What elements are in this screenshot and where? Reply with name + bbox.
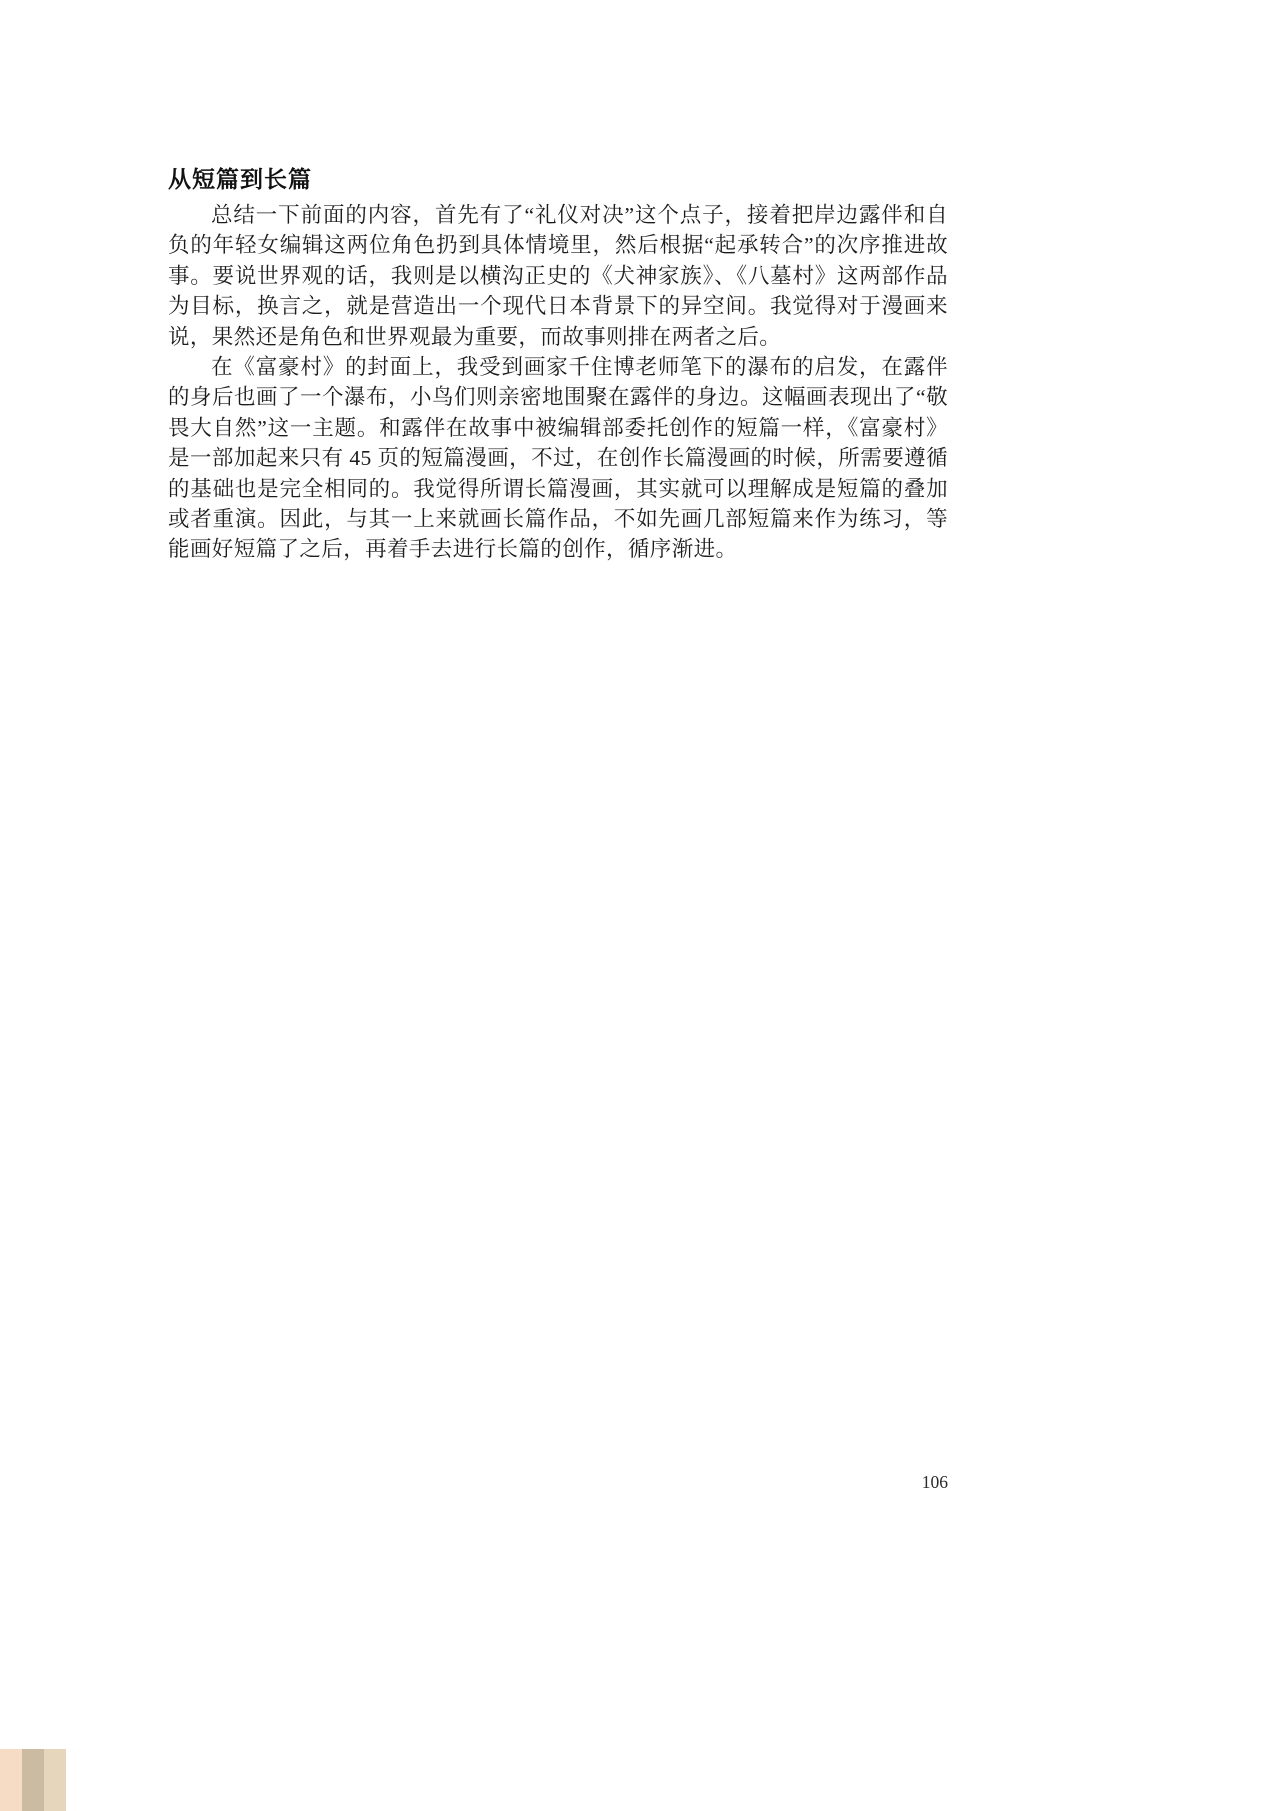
footer-color-strip xyxy=(22,1749,44,1811)
section-heading: 从短篇到长篇 xyxy=(168,163,948,195)
document-page: 从短篇到长篇 总结一下前面的内容，首先有了“礼仪对决”这个点子，接着把岸边露伴和… xyxy=(0,0,1280,1811)
body-paragraph: 总结一下前面的内容，首先有了“礼仪对决”这个点子，接着把岸边露伴和自负的年轻女编… xyxy=(168,200,948,352)
footer-color-strip xyxy=(44,1749,66,1811)
body-paragraph: 在《富豪村》的封面上，我受到画家千住博老师笔下的瀑布的启发，在露伴的身后也画了一… xyxy=(168,352,948,565)
footer-color-strip xyxy=(0,1749,22,1811)
footer-color-strips xyxy=(0,1749,66,1811)
text-block: 从短篇到长篇 总结一下前面的内容，首先有了“礼仪对决”这个点子，接着把岸边露伴和… xyxy=(168,163,948,565)
page-number: 106 xyxy=(168,1472,948,1493)
